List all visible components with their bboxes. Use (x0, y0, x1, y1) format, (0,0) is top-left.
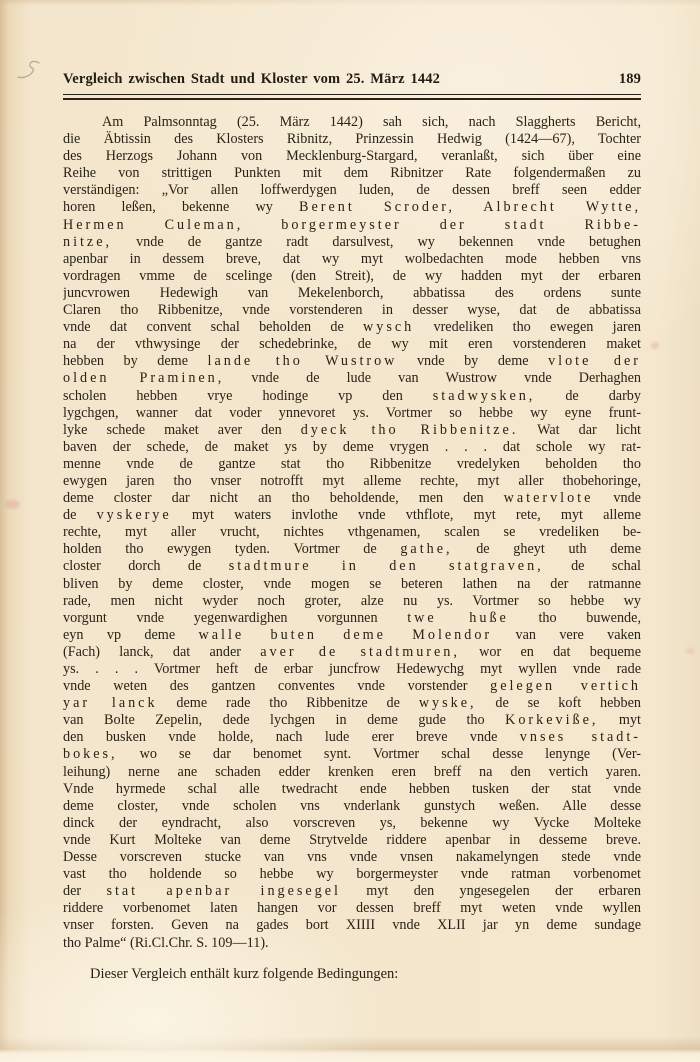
running-header-title: Vergleich zwischen Stadt und Kloster vom… (63, 71, 440, 88)
text-line: dinck der eyndracht, also vorscreven ys,… (63, 815, 641, 832)
stain-speck (5, 500, 20, 509)
text-line: vordragen vmme de scelinge (den Streit),… (63, 268, 641, 285)
text-line: den busken vnde holde, nach lude erer br… (63, 729, 641, 746)
text-line: holden tho ewygen tyden. Vortmer de gath… (63, 541, 641, 558)
scanned-page: Vergleich zwischen Stadt und Kloster vom… (0, 0, 700, 1062)
text-line: Reihe von strittigen Punkten mit dem Rib… (63, 165, 641, 182)
stain-speck (686, 648, 695, 654)
text-line: vnde weten des gantzen conventes vnde vo… (63, 678, 641, 695)
text-line: Desse vorscreven stucke van vns vnde vns… (63, 849, 641, 866)
text-line: hebben by deme lande tho Wustrow vnde by… (63, 353, 641, 370)
text-line: ewygen jaren tho vnser notrofft myt alle… (63, 473, 641, 490)
closing-line: Dieser Vergleich enthält kurz folgende B… (63, 966, 641, 983)
text-line: deme closter dar nicht an tho beholdende… (63, 490, 641, 507)
text-line: menne vnde de gantze stat tho Ribbenitze… (63, 456, 641, 473)
page-number: 189 (619, 71, 641, 88)
text-line: verständigen: „Vor allen loffwerdygen lu… (63, 182, 641, 199)
text-line: vorgunt vnde yegenwardighen vorgunnen tw… (63, 610, 641, 627)
header-rule (63, 94, 641, 100)
text-line: Am Palmsonntag (25. März 1442) sah sich,… (63, 114, 641, 131)
text-line: der stat apenbar ingesegel myt den ynges… (63, 883, 641, 900)
text-line: de vyskerye myt waters invlothe vnde vth… (63, 507, 641, 524)
text-line: vnde dat convent schal beholden de wysch… (63, 319, 641, 336)
running-header: Vergleich zwischen Stadt und Kloster vom… (63, 71, 641, 88)
text-line: Vnde hyrmede schal alle twedracht ende h… (63, 781, 641, 798)
text-line: bokes, wo se dar benomet synt. Vortmer s… (63, 746, 641, 763)
text-line: riddere vorbenomet laten hangen vor dess… (63, 900, 641, 917)
text-line: nitze, vnde de gantze radt darsulvest, w… (63, 234, 641, 251)
text-line: Hermen Culeman, borgermeyster der stadt … (63, 217, 641, 234)
page-content: Vergleich zwischen Stadt und Kloster vom… (63, 71, 641, 983)
text-line: lygchgen, wanner dat voder ynnevoret ys.… (63, 405, 641, 422)
text-line: baven der schede, de maket ys by deme vr… (63, 439, 641, 456)
text-line: des Herzogs Johann von Mecklenburg-Starg… (63, 148, 641, 165)
text-line: leihung) nerne ane schaden edder krenken… (63, 764, 641, 781)
text-line: lyke schede maket aver den dyeck tho Rib… (63, 422, 641, 439)
text-line: yar lanck deme rade tho Ribbenitze de wy… (63, 695, 641, 712)
text-line: horen leßen, bekenne wy Berent Scroder, … (63, 199, 641, 216)
text-line: vnser forsten. Geven na gades bort XIIII… (63, 917, 641, 934)
text-line: (Fach) lanck, dat ander aver de stadtmur… (63, 644, 641, 661)
text-line: juncvrowen Hedewigh van Mekelenborch, ab… (63, 285, 641, 302)
text-line: eyn vp deme walle buten deme Molendor va… (63, 627, 641, 644)
pencil-mark (14, 56, 48, 88)
text-line: apenbar in dessem breve, dat wy myt wolb… (63, 251, 641, 268)
stain-speck (651, 342, 659, 349)
text-line: vnde Kurt Molteke van deme Strytvelde ri… (63, 832, 641, 849)
text-line: scholen hebben vrye hodinge vp den stadw… (63, 388, 641, 405)
text-line: rechte, myt aller vrucht, nichtes vthgen… (63, 524, 641, 541)
text-line: bliven by deme closter, vnde mogen se be… (63, 576, 641, 593)
text-line: na der vthwysinge der schedebrinke, de w… (63, 336, 641, 353)
text-line: van Bolte Zepelin, dede lychgen in deme … (63, 712, 641, 729)
text-line: vast tho holdende so hebbe wy borgermeys… (63, 866, 641, 883)
text-line: tho Palme“ (Ri.Cl.Chr. S. 109—11). (63, 935, 641, 952)
text-line: Claren tho Ribbenitze, vnde vorstenderen… (63, 302, 641, 319)
text-line: ys. . . . Vortmer heft de erbar juncfrow… (63, 661, 641, 678)
body-text: Am Palmsonntag (25. März 1442) sah sich,… (63, 114, 641, 952)
text-line: olden Praminen, vnde de lude van Wustrow… (63, 370, 641, 387)
text-line: die Äbtissin des Klosters Ribnitz, Prinz… (63, 131, 641, 148)
text-line: deme closter, vnde scholen vns vnderlank… (63, 798, 641, 815)
text-line: rade, men nicht wyder noch groter, alze … (63, 593, 641, 610)
text-line: closter dorch de stadtmure in den statgr… (63, 558, 641, 575)
